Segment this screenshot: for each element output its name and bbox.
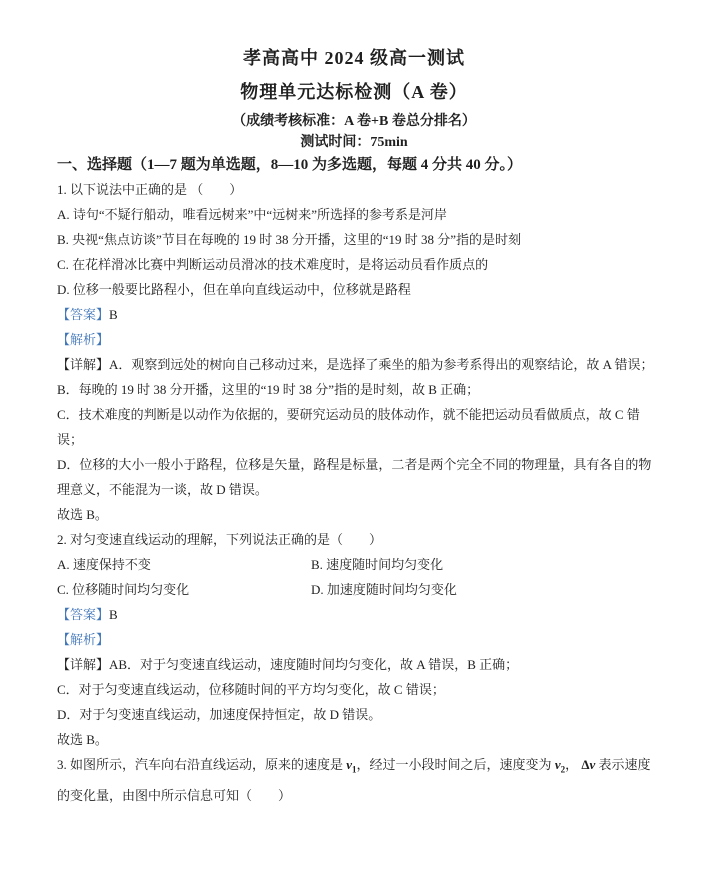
q2-option-b: B. 速度随时间均匀变化	[311, 557, 443, 572]
q2-analysis-label: 【解析】	[57, 632, 109, 647]
document-content: 孝高高中 2024 级高一测试 物理单元达标检测（A 卷） （成绩考核标准：A …	[0, 0, 701, 808]
q1-detail-line: B．每晚的 19 时 38 分开播，这里的“19 时 38 分”指的是时刻，故 …	[57, 377, 651, 402]
exam-document-page: 孝高高中 2024 级高一测试 物理单元达标检测（A 卷） （成绩考核标准：A …	[0, 0, 701, 877]
q3-stem-line-2: 的变化量，由图中所示信息可知（ ）	[57, 783, 651, 808]
q3-stem-text: 表示速度	[595, 757, 650, 772]
q2-answer-label: 【答案】	[57, 607, 109, 622]
q1-option-b: B. 央视“焦点访谈”节目在每晚的 19 时 38 分开播，这里的“19 时 3…	[57, 227, 651, 252]
q1-answer-value: B	[109, 307, 118, 322]
q3-stem-text: ，经过一小段时间之后，速度变为	[357, 757, 555, 772]
q1-detail-line: 【详解】A．观察到远处的树向自己移动过来，是选择了乘坐的船为参考系得出的观察结论…	[57, 352, 651, 377]
q2-stem: 2. 对匀变速直线运动的理解，下列说法正确的是（ ）	[57, 527, 651, 552]
q2-detail-line: D．对于匀变速直线运动，加速度保持恒定，故 D 错误。	[57, 702, 651, 727]
q1-detail-line: C．技术难度的判断是以动作为依据的，要研究运动员的肢体动作，就不能把运动员看做质…	[57, 402, 651, 427]
q1-answer-label: 【答案】	[57, 307, 109, 322]
q1-option-a: A. 诗句“不疑行船动，唯看远树来”中“远树来”所选择的参考系是河岸	[57, 202, 651, 227]
q2-answer-line: 【答案】B	[57, 602, 651, 627]
q3-stem-text: 3. 如图所示，汽车向右沿直线运动，原来的速度是	[57, 757, 346, 772]
q2-detail-line: C．对于匀变速直线运动，位移随时间的平方均匀变化，故 C 错误；	[57, 677, 651, 702]
section-heading: 一、选择题（1—7 题为单选题，8—10 为多选题，每题 4 分共 40 分。）	[57, 155, 651, 175]
exam-title: 孝高高中 2024 级高一测试	[57, 46, 651, 70]
q2-conclusion: 故选 B。	[57, 727, 651, 752]
q2-option-c: C. 位移随时间均匀变化	[57, 577, 311, 602]
q2-options-row-1: A. 速度保持不变B. 速度随时间均匀变化	[57, 552, 651, 577]
q1-analysis-label: 【解析】	[57, 332, 109, 347]
q1-detail-line: 误；	[57, 427, 651, 452]
q3-stem-text: ，	[565, 757, 581, 772]
test-duration: 测试时间：75min	[57, 134, 651, 152]
q1-option-d: D. 位移一般要比路程小，但在单向直线运动中，位移就是路程	[57, 277, 651, 302]
q2-option-a: A. 速度保持不变	[57, 552, 311, 577]
q2-analysis-line: 【解析】	[57, 627, 651, 652]
q3-stem-line-1: 3. 如图所示，汽车向右沿直线运动，原来的速度是 v1，经过一小段时间之后，速度…	[57, 752, 651, 783]
q1-analysis-line: 【解析】	[57, 327, 651, 352]
q2-options-row-2: C. 位移随时间均匀变化D. 加速度随时间均匀变化	[57, 577, 651, 602]
delta-symbol: Δ	[581, 757, 589, 772]
q1-answer-line: 【答案】B	[57, 302, 651, 327]
q1-conclusion: 故选 B。	[57, 502, 651, 527]
q1-option-c: C. 在花样滑冰比赛中判断运动员滑冰的技术难度时，是将运动员看作质点的	[57, 252, 651, 277]
grading-standard: （成绩考核标准：A 卷+B 卷总分排名）	[57, 113, 651, 131]
q1-detail-line: 理意义，不能混为一谈，故 D 错误。	[57, 477, 651, 502]
q2-answer-value: B	[109, 607, 118, 622]
q1-detail-line: D．位移的大小一般小于路程，位移是矢量，路程是标量，二者是两个完全不同的物理量，…	[57, 452, 651, 477]
question-body: 1. 以下说法中正确的是 （ ） A. 诗句“不疑行船动，唯看远树来”中“远树来…	[57, 177, 651, 808]
q2-detail-line: 【详解】AB．对于匀变速直线运动，速度随时间均匀变化，故 A 错误，B 正确；	[57, 652, 651, 677]
q1-stem: 1. 以下说法中正确的是 （ ）	[57, 177, 651, 202]
exam-subtitle: 物理单元达标检测（A 卷）	[57, 80, 651, 104]
q2-option-d: D. 加速度随时间均匀变化	[311, 582, 457, 597]
